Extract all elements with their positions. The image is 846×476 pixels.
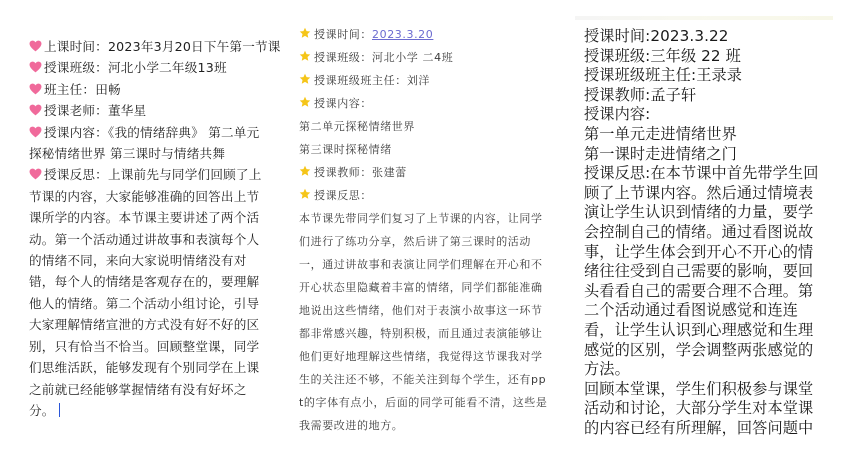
star-icon xyxy=(299,27,311,39)
note-row-head-teacher: 班主任：田畅 xyxy=(29,79,269,100)
note-row-head-teacher: 授课班级班主任:王录录 xyxy=(584,66,828,86)
star-icon xyxy=(299,165,311,177)
note-row-teacher: 授课老师：董华星 xyxy=(29,100,269,121)
star-icon xyxy=(299,96,311,108)
note-row-content: 授课内容：《我的情绪辞典》 第二单元探秘情绪世界 第三课时与情绪共舞 xyxy=(29,122,269,165)
note-row-teacher: 授课教师:孟子轩 xyxy=(584,86,828,106)
note-row-content: 授课内容： xyxy=(299,92,549,115)
star-icon xyxy=(299,188,311,200)
note-text-1[interactable]: 上课时间：2023年3月20日下午第一节课 授课班级：河北小学二年级13班 班主… xyxy=(29,36,269,421)
note-row-content: 授课内容: xyxy=(584,105,828,125)
review-text: 回顾本堂课，学生们积极参与课堂活动和讨论，大部分学生对本堂课的内容已经有所理解，… xyxy=(584,380,828,439)
note-row-time: 授课时间:2023.3.22 xyxy=(584,27,828,47)
note-row-head-teacher: 授课班级班主任：刘洋 xyxy=(299,69,549,92)
note-row-time: 授课时间：2023.3.20 xyxy=(299,23,549,46)
lesson-note-panel-3: 授课时间:2023.3.22 授课班级:三年级 22 班 授课班级班主任:王录录… xyxy=(575,0,846,460)
content-line-1: 第二单元探秘情绪世界 xyxy=(299,115,549,138)
note-row-reflection: 授课反思： xyxy=(299,184,549,207)
date-link[interactable]: 2023.3.20 xyxy=(372,28,433,41)
panel-3-clip: 授课时间:2023.3.22 授课班级:三年级 22 班 授课班级班主任:王录录… xyxy=(575,0,846,455)
note-row-class: 授课班级：河北小学二年级13班 xyxy=(29,57,269,78)
content-line-2: 第一课时走进情绪之门 xyxy=(584,145,828,165)
heart-icon xyxy=(29,61,42,73)
heart-icon xyxy=(29,126,42,138)
text-cursor xyxy=(59,403,61,417)
note-text-2: 授课时间：2023.3.20 授课班级：河北小学 二4班 授课班级班主任：刘洋 … xyxy=(299,23,549,437)
lesson-note-panel-2: 授课时间：2023.3.20 授课班级：河北小学 二4班 授课班级班主任：刘洋 … xyxy=(285,0,560,476)
heart-icon xyxy=(29,168,42,180)
note-row-class: 授课班级:三年级 22 班 xyxy=(584,47,828,67)
note-row-reflection: 授课反思：上课前先与同学们回顾了上节课的内容，大家能够准确的回答出上节课所学的内… xyxy=(29,164,269,421)
reflection-text: 本节课先带同学们复习了上节课的内容，让同学们进行了练功分享，然后讲了第三课时的活… xyxy=(299,207,549,437)
star-icon xyxy=(299,50,311,62)
heart-icon xyxy=(29,104,42,116)
heart-icon xyxy=(29,40,42,52)
heart-icon xyxy=(29,83,42,95)
content-line-1: 第一单元走进情绪世界 xyxy=(584,125,828,145)
note-text-3: 授课时间:2023.3.22 授课班级:三年级 22 班 授课班级班主任:王录录… xyxy=(584,27,828,438)
lesson-note-panel-1: 上课时间：2023年3月20日下午第一节课 授课班级：河北小学二年级13班 班主… xyxy=(0,0,285,476)
note-row-class: 授课班级：河北小学 二4班 xyxy=(299,46,549,69)
note-row-teacher: 授课教师：张建蕾 xyxy=(299,161,549,184)
star-icon xyxy=(299,73,311,85)
reflection-text: 授课反思:在本节课中首先带学生回顾了上节课内容。然后通过情境表演让学生认识到情绪… xyxy=(584,164,828,380)
content-line-2: 第三课时探秘情绪 xyxy=(299,138,549,161)
note-row-time: 上课时间：2023年3月20日下午第一节课 xyxy=(29,36,269,57)
